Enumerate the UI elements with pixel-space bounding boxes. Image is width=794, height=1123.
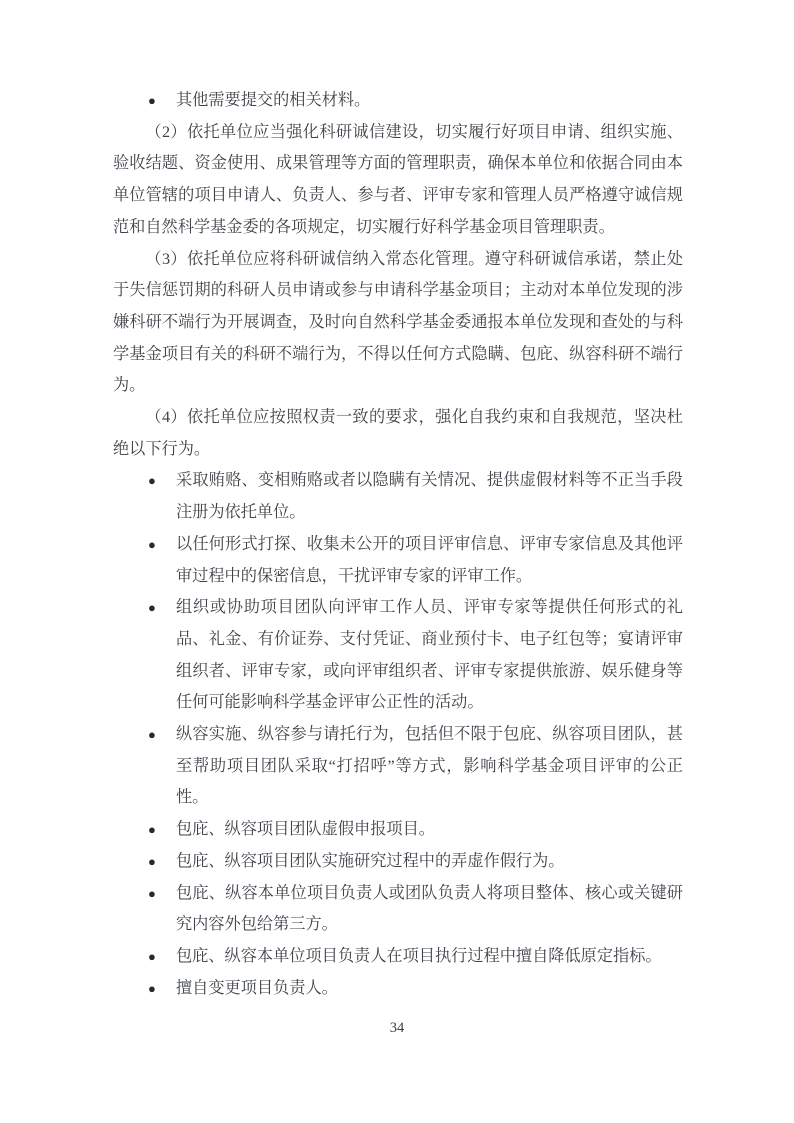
bullet-item-text: 包庇、纵容项目团队虚假申报项目。 bbox=[176, 820, 435, 838]
paragraph-4: （4）依托单位应按照权责一致的要求，强化自我约束和自我规范，坚决杜绝以下行为。 bbox=[113, 402, 683, 465]
bullet-icon: ● bbox=[148, 846, 156, 878]
bullet-item-text: 包庇、纵容项目团队实施研究过程中的弄虚作假行为。 bbox=[176, 852, 565, 870]
bullet-icon: ● bbox=[148, 973, 156, 1005]
intro-bullet-list: ● 其他需要提交的相关材料。 bbox=[113, 85, 683, 117]
list-item: ● 包庇、纵容项目团队实施研究过程中的弄虚作假行为。 bbox=[113, 846, 683, 878]
page-content: ● 其他需要提交的相关材料。 （2）依托单位应当强化科研诚信建设，切实履行好项目… bbox=[0, 0, 794, 1004]
list-item: ● 采取贿赂、变相贿赂或者以隐瞒有关情况、提供虚假材料等不正当手段注册为依托单位… bbox=[113, 465, 683, 528]
paragraph-2: （2）依托单位应当强化科研诚信建设，切实履行好项目申请、组织实施、验收结题、资金… bbox=[113, 117, 683, 244]
bullet-item-text: 其他需要提交的相关材料。 bbox=[176, 91, 370, 109]
bullet-item-text: 纵容实施、纵容参与请托行为，包括但不限于包庇、纵容项目团队，甚至帮助项目团队采取… bbox=[176, 725, 683, 806]
bullet-icon: ● bbox=[148, 878, 156, 910]
prohibited-actions-list: ● 采取贿赂、变相贿赂或者以隐瞒有关情况、提供虚假材料等不正当手段注册为依托单位… bbox=[113, 465, 683, 1004]
bullet-item-text: 采取贿赂、变相贿赂或者以隐瞒有关情况、提供虚假材料等不正当手段注册为依托单位。 bbox=[176, 471, 683, 521]
bullet-item-text: 擅自变更项目负责人。 bbox=[176, 979, 338, 997]
bullet-icon: ● bbox=[148, 719, 156, 751]
page-number: 34 bbox=[0, 1020, 794, 1037]
bullet-item-text: 以任何形式打探、收集未公开的项目评审信息、评审专家信息及其他评审过程中的保密信息… bbox=[176, 535, 683, 585]
bullet-icon: ● bbox=[148, 941, 156, 973]
list-item: ● 包庇、纵容项目团队虚假申报项目。 bbox=[113, 814, 683, 846]
bullet-icon: ● bbox=[148, 85, 156, 117]
bullet-item-text: 包庇、纵容本单位项目负责人或团队负责人将项目整体、核心或关键研究内容外包给第三方… bbox=[176, 884, 683, 934]
list-item: ● 以任何形式打探、收集未公开的项目评审信息、评审专家信息及其他评审过程中的保密… bbox=[113, 529, 683, 592]
bullet-icon: ● bbox=[148, 592, 156, 624]
bullet-item-text: 包庇、纵容本单位项目负责人在项目执行过程中擅自降低原定指标。 bbox=[176, 947, 662, 965]
list-item: ● 纵容实施、纵容参与请托行为，包括但不限于包庇、纵容项目团队，甚至帮助项目团队… bbox=[113, 719, 683, 814]
bullet-icon: ● bbox=[148, 465, 156, 497]
list-item: ● 擅自变更项目负责人。 bbox=[113, 973, 683, 1005]
list-item: ● 组织或协助项目团队向评审工作人员、评审专家等提供任何形式的礼品、礼金、有价证… bbox=[113, 592, 683, 719]
bullet-icon: ● bbox=[148, 814, 156, 846]
bullet-icon: ● bbox=[148, 529, 156, 561]
paragraph-3: （3）依托单位应将科研诚信纳入常态化管理。遵守科研诚信承诺，禁止处于失信惩罚期的… bbox=[113, 244, 683, 403]
bullet-item-text: 组织或协助项目团队向评审工作人员、评审专家等提供任何形式的礼品、礼金、有价证券、… bbox=[176, 598, 683, 711]
list-item: ● 包庇、纵容本单位项目负责人在项目执行过程中擅自降低原定指标。 bbox=[113, 941, 683, 973]
list-item: ● 包庇、纵容本单位项目负责人或团队负责人将项目整体、核心或关键研究内容外包给第… bbox=[113, 878, 683, 941]
document-page: ● 其他需要提交的相关材料。 （2）依托单位应当强化科研诚信建设，切实履行好项目… bbox=[0, 0, 794, 1123]
list-item: ● 其他需要提交的相关材料。 bbox=[113, 85, 683, 117]
